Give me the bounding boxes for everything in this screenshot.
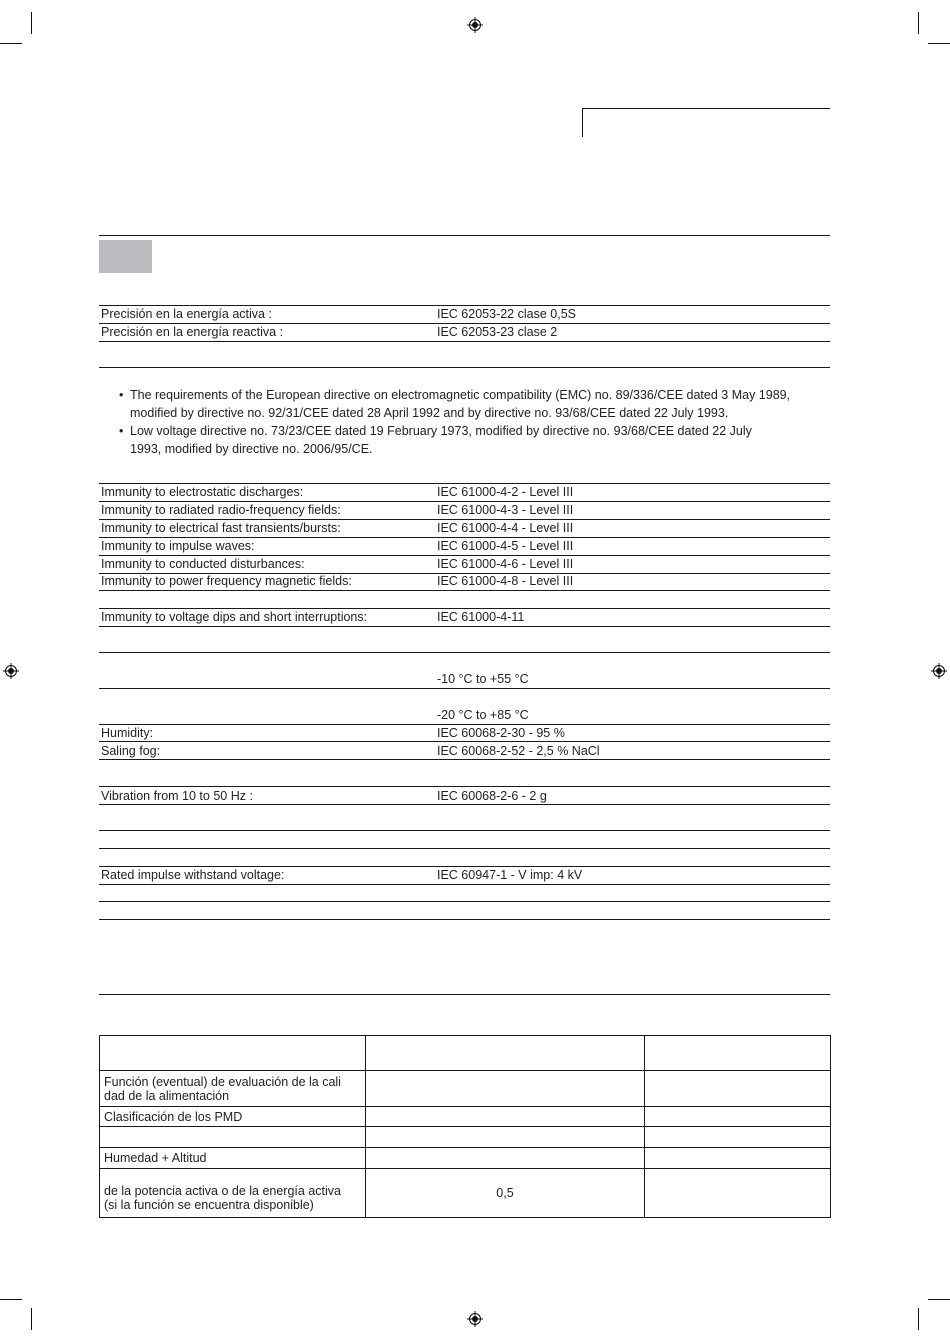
table-cell: Clasificación de los PMD xyxy=(100,1107,366,1127)
rule xyxy=(99,688,830,689)
bullet-icon: • xyxy=(119,422,123,440)
section-title-box xyxy=(99,240,152,273)
cell-line: Función (eventual) de evaluación de la c… xyxy=(104,1075,361,1103)
impulse-voltage-label: Rated impulse withstand voltage: xyxy=(101,868,284,882)
directive-line: Low voltage directive no. 73/23/CEE date… xyxy=(130,422,831,440)
rule xyxy=(99,724,830,725)
table-cell xyxy=(645,1127,831,1148)
table-cell xyxy=(645,1148,831,1169)
accuracy-reactive-label: Precisión en la energía reactiva : xyxy=(101,325,283,339)
table-cell xyxy=(100,1127,366,1148)
rule xyxy=(99,848,830,849)
rule xyxy=(99,919,830,920)
emc-row-label: Immunity to electrostatic discharges: xyxy=(101,485,303,499)
table-row: Función (eventual) de evaluación de la c… xyxy=(100,1071,831,1107)
list-item: • Low voltage directive no. 73/23/CEE da… xyxy=(119,422,831,458)
impulse-voltage-value: IEC 60947-1 - V imp: 4 kV xyxy=(437,868,582,882)
table-cell: de la potencia activa o de la energía ac… xyxy=(100,1169,366,1218)
crop-mark-top-right-horizontal xyxy=(928,43,950,44)
crop-mark-bottom-left-vertical xyxy=(31,1308,32,1330)
emc-row-value: IEC 61000-4-5 - Level III xyxy=(437,539,573,553)
humidity-value: IEC 60068-2-30 - 95 % xyxy=(437,726,565,740)
rule xyxy=(99,901,830,902)
operating-temperature-value: -10 °C to +55 °C xyxy=(437,672,529,686)
table-cell xyxy=(100,1036,366,1071)
rule xyxy=(99,608,830,609)
rule xyxy=(99,652,830,653)
storage-temperature-value: -20 °C to +85 °C xyxy=(437,708,529,722)
rule xyxy=(99,501,830,502)
pmd-classification-table: Función (eventual) de evaluación de la c… xyxy=(99,1035,831,1218)
rule xyxy=(99,519,830,520)
rule xyxy=(99,323,830,324)
emc-row-label: Immunity to conducted disturbances: xyxy=(101,557,305,571)
cell-text-line: de la potencia activa o de la energía ac… xyxy=(104,1184,361,1198)
section-top-rule xyxy=(99,235,830,236)
table-cell xyxy=(366,1107,645,1127)
emc-row-value: IEC 61000-4-3 - Level III xyxy=(437,503,573,517)
humidity-label: Humidity: xyxy=(101,726,153,740)
table-cell xyxy=(645,1169,831,1218)
accuracy-class-value: 0,5 xyxy=(366,1169,645,1218)
vibration-label: Vibration from 10 to 50 Hz : xyxy=(101,789,253,803)
salt-fog-label: Saling fog: xyxy=(101,744,160,758)
cell-line: de la potencia activa o de la energía ac… xyxy=(104,1174,361,1212)
voltage-dips-label: Immunity to voltage dips and short inter… xyxy=(101,610,367,624)
rule xyxy=(99,341,830,342)
table-cell xyxy=(645,1071,831,1107)
directive-line: modified by directive no. 92/31/CEE date… xyxy=(130,404,831,422)
crop-mark-top-left-vertical xyxy=(31,12,32,34)
registration-mark-icon-left xyxy=(3,663,19,679)
salt-fog-value: IEC 60068-2-52 - 2,5 % NaCl xyxy=(437,744,600,758)
rule xyxy=(99,759,830,760)
crop-mark-bottom-right-vertical xyxy=(918,1308,919,1330)
emc-row-label: Immunity to electrical fast transients/b… xyxy=(101,521,341,535)
table-cell xyxy=(645,1107,831,1127)
registration-mark-icon-right xyxy=(931,663,947,679)
cell-text-line: (si la función se encuentra disponible) xyxy=(104,1198,361,1212)
directive-line: The requirements of the European directi… xyxy=(130,386,831,404)
table-cell xyxy=(366,1071,645,1107)
bullet-icon: • xyxy=(119,386,123,404)
table-cell xyxy=(366,1148,645,1169)
table-cell: Humedad + Altitud xyxy=(100,1148,366,1169)
emc-row-value: IEC 61000-4-6 - Level III xyxy=(437,557,573,571)
accuracy-active-label: Precisión en la energía activa : xyxy=(101,307,272,321)
table-row: de la potencia activa o de la energía ac… xyxy=(100,1169,831,1218)
crop-mark-top-right-vertical xyxy=(918,12,919,34)
rule xyxy=(99,537,830,538)
emc-row-value: IEC 61000-4-8 - Level III xyxy=(437,574,573,588)
cell-text-line: Función (eventual) de evaluación de la c… xyxy=(104,1075,361,1089)
rule xyxy=(99,741,830,742)
crop-mark-bottom-right-horizontal xyxy=(928,1299,950,1300)
emc-row-value: IEC 61000-4-4 - Level III xyxy=(437,521,573,535)
table-cell xyxy=(366,1036,645,1071)
rule xyxy=(99,626,830,627)
list-item: • The requirements of the European direc… xyxy=(119,386,831,422)
rule xyxy=(99,830,830,831)
registration-mark-icon-top xyxy=(467,17,483,33)
rule xyxy=(99,483,830,484)
rule xyxy=(99,590,830,591)
header-bracket-top xyxy=(582,108,830,109)
crop-mark-bottom-left-horizontal xyxy=(0,1299,22,1300)
rule xyxy=(99,994,830,995)
rule xyxy=(99,786,830,787)
cell-text-line: dad de la alimentación xyxy=(104,1089,361,1103)
directive-line: 1993, modified by directive no. 2006/95/… xyxy=(130,440,831,458)
rule xyxy=(99,804,830,805)
rule xyxy=(99,884,830,885)
table-cell: Función (eventual) de evaluación de la c… xyxy=(100,1071,366,1107)
emc-row-label: Immunity to power frequency magnetic fie… xyxy=(101,574,352,588)
table-row xyxy=(100,1127,831,1148)
emc-row-label: Immunity to radiated radio-frequency fie… xyxy=(101,503,341,517)
registration-mark-icon-bottom xyxy=(467,1311,483,1327)
table-row: Clasificación de los PMD xyxy=(100,1107,831,1127)
accuracy-reactive-value: IEC 62053-23 clase 2 xyxy=(437,325,557,339)
rule xyxy=(99,367,830,368)
table-cell xyxy=(645,1036,831,1071)
directives-list: • The requirements of the European direc… xyxy=(119,386,831,458)
crop-mark-top-left-horizontal xyxy=(0,43,22,44)
emc-row-value: IEC 61000-4-2 - Level III xyxy=(437,485,573,499)
rule xyxy=(99,555,830,556)
accuracy-active-value: IEC 62053-22 clase 0,5S xyxy=(437,307,576,321)
vibration-value: IEC 60068-2-6 - 2 g xyxy=(437,789,547,803)
table-row: Humedad + Altitud xyxy=(100,1148,831,1169)
voltage-dips-value: IEC 61000-4-11 xyxy=(437,610,524,624)
table-cell xyxy=(366,1127,645,1148)
rule xyxy=(99,866,830,867)
rule xyxy=(99,305,830,306)
emc-row-label: Immunity to impulse waves: xyxy=(101,539,255,553)
table-row xyxy=(100,1036,831,1071)
header-bracket-side xyxy=(582,108,583,137)
